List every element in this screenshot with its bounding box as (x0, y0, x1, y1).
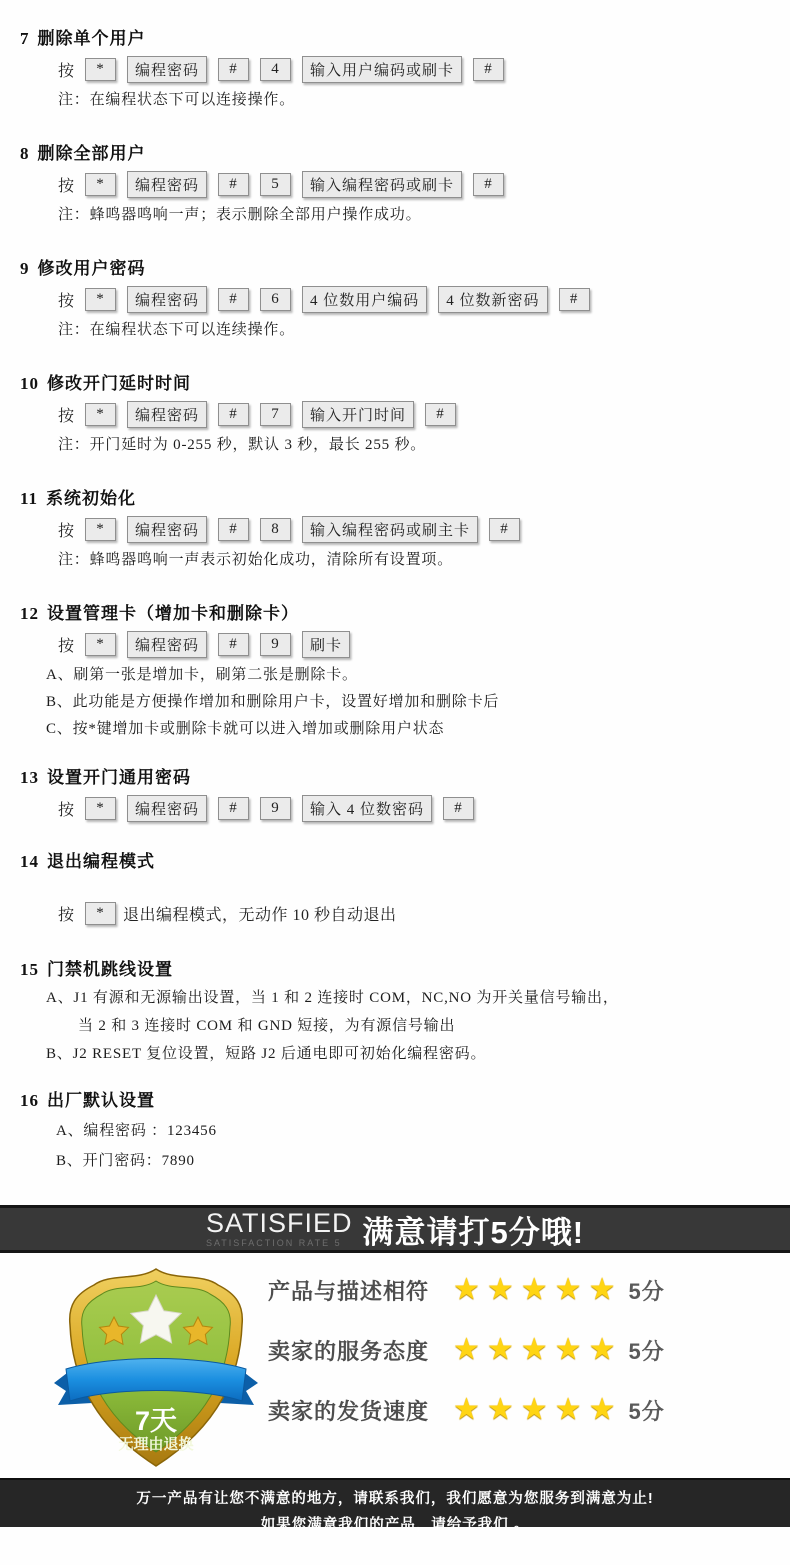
key-sequence: 按 * 编程密码 # 6 4 位数用户编码 4 位数新密码 # (58, 286, 790, 313)
section-number: 13 (20, 768, 39, 787)
press-label: 按 (58, 403, 74, 426)
section-heading: 12设置管理卡（增加卡和删除卡） (20, 599, 790, 624)
satisfied-title-zh: 满意请打5分哦! (362, 1207, 584, 1252)
note-text: B、开门密码：7890 (56, 1152, 790, 1171)
key-sequence: 按 * 编程密码 # 9 输入 4 位数密码 # (58, 795, 790, 822)
satisfied-banner-en: SATISFIED SATISFACTION RATE 5 (206, 1210, 353, 1248)
note-text: 注：蜂鸣器鸣响一声；表示删除全部用户操作成功。 (58, 206, 790, 225)
key-button: 编程密码 (127, 516, 207, 543)
key-button: * (85, 633, 116, 656)
section-heading: 10修改开门延时时间 (20, 369, 790, 394)
section-number: 8 (20, 144, 30, 163)
section-title: 删除全部用户 (38, 144, 146, 163)
key-button: # (218, 797, 249, 820)
badge-policy-text: 无理由退换 (118, 1435, 193, 1453)
key-button: 编程密码 (127, 171, 207, 198)
service-promise-footer: 万一产品有让您不满意的地方，请联系我们，我们愿意为您服务到满意为止! 如果您满意… (0, 1478, 790, 1527)
key-button: 8 (260, 518, 291, 541)
return-guarantee-badge: 7天 无理由退换 (52, 1265, 260, 1475)
key-button: 输入用户编码或刷卡 (302, 56, 462, 83)
key-button: 编程密码 (127, 631, 207, 658)
rating-label: 卖家的发货速度 (268, 1395, 443, 1426)
note-text: 注：在编程状态下可以连接操作。 (58, 91, 790, 110)
key-button: 编程密码 (127, 286, 207, 313)
rating-label: 产品与描述相符 (268, 1275, 443, 1306)
note-text: 注：蜂鸣器鸣响一声表示初始化成功，清除所有设置项。 (58, 551, 790, 570)
section-number: 10 (20, 374, 39, 393)
section-heading: 7删除单个用户 (20, 24, 790, 49)
section-number: 7 (20, 29, 30, 48)
key-button: 输入编程密码或刷卡 (302, 171, 462, 198)
section-set-common-password: 13设置开门通用密码 按 * 编程密码 # 9 输入 4 位数密码 # (0, 763, 790, 822)
key-button: 编程密码 (127, 795, 207, 822)
rating-score: 5分 (628, 1275, 664, 1306)
note-text: A、J1 有源和无源输出设置，当 1 和 2 连接时 COM，NC,NO 为开关… (46, 989, 790, 1008)
five-stars-icon: ★★★★★ (453, 1395, 622, 1425)
section-title: 退出编程模式 (47, 852, 155, 871)
rating-row: 产品与描述相符 ★★★★★ 5分 (268, 1273, 665, 1307)
key-button: # (218, 173, 249, 196)
product-instruction-page: 7删除单个用户 按 * 编程密码 # 4 输入用户编码或刷卡 # 注：在编程状态… (0, 0, 790, 1565)
key-button: 6 (260, 288, 291, 311)
key-sequence: 按 * 退出编程模式，无动作 10 秒自动退出 (58, 902, 790, 925)
section-delete-all-users: 8删除全部用户 按 * 编程密码 # 5 输入编程密码或刷卡 # 注：蜂鸣器鸣响… (0, 139, 790, 225)
key-button: 4 位数新密码 (438, 286, 547, 313)
section-number: 16 (20, 1091, 39, 1110)
section-title: 设置开门通用密码 (47, 768, 191, 787)
press-label: 按 (58, 633, 74, 656)
press-label: 按 (58, 58, 74, 81)
key-sequence: 按 * 编程密码 # 8 输入编程密码或刷主卡 # (58, 516, 790, 543)
section-jumper-settings: 15门禁机跳线设置 A、J1 有源和无源输出设置，当 1 和 2 连接时 COM… (0, 955, 790, 1064)
section-heading: 13设置开门通用密码 (20, 763, 790, 788)
section-set-manage-card: 12设置管理卡（增加卡和删除卡） 按 * 编程密码 # 9 刷卡 A、刷第一张是… (0, 599, 790, 739)
key-button: # (489, 518, 520, 541)
key-button: # (218, 633, 249, 656)
press-label: 按 (58, 518, 74, 541)
key-button: * (85, 797, 116, 820)
rating-row: 卖家的发货速度 ★★★★★ 5分 (268, 1393, 665, 1427)
key-button: # (218, 288, 249, 311)
key-button: # (473, 173, 504, 196)
key-button: # (218, 58, 249, 81)
section-system-init: 11系统初始化 按 * 编程密码 # 8 输入编程密码或刷主卡 # 注：蜂鸣器鸣… (0, 484, 790, 570)
note-text: 注：开门延时为 0-255 秒，默认 3 秒，最长 255 秒。 (58, 436, 790, 455)
rating-score: 5分 (628, 1335, 664, 1366)
key-button: 4 (260, 58, 291, 81)
key-button: 编程密码 (127, 401, 207, 428)
press-label: 按 (58, 288, 74, 311)
section-heading: 16出厂默认设置 (20, 1086, 790, 1111)
footer-line: 万一产品有让您不满意的地方，请联系我们，我们愿意为您服务到满意为止! (0, 1480, 790, 1508)
section-heading: 14退出编程模式 (20, 847, 790, 872)
footer-line: 如果您满意我们的产品，请给予我们 。 (0, 1508, 790, 1534)
key-button: 9 (260, 633, 291, 656)
key-button: # (218, 518, 249, 541)
satisfied-subtitle: SATISFACTION RATE 5 (206, 1239, 353, 1248)
section-number: 12 (20, 604, 39, 623)
satisfied-title: SATISFIED (206, 1210, 353, 1237)
key-button: # (443, 797, 474, 820)
rating-section: 7天 无理由退换 产品与描述相符 ★★★★★ 5分 卖家的服务态度 ★★★★★ … (0, 1253, 790, 1480)
key-button: 5 (260, 173, 291, 196)
section-title: 设置管理卡（增加卡和删除卡） (47, 604, 299, 623)
press-label: 按 (58, 902, 74, 925)
key-button: * (85, 173, 116, 196)
note-text: 当 2 和 3 连接时 COM 和 GND 短接，为有源信号输出 (78, 1017, 790, 1036)
key-button: 输入 4 位数密码 (302, 795, 432, 822)
rating-score: 5分 (628, 1395, 664, 1426)
key-button: 输入开门时间 (302, 401, 414, 428)
section-number: 15 (20, 960, 39, 979)
key-sequence: 按 * 编程密码 # 7 输入开门时间 # (58, 401, 790, 428)
press-label: 按 (58, 173, 74, 196)
note-text: B、J2 RESET 复位设置，短路 J2 后通电即可初始化编程密码。 (46, 1045, 790, 1064)
key-sequence: 按 * 编程密码 # 4 输入用户编码或刷卡 # (58, 56, 790, 83)
five-stars-icon: ★★★★★ (453, 1275, 622, 1305)
note-text: A、编程密码 ：123456 (56, 1122, 790, 1141)
key-button: 4 位数用户编码 (302, 286, 427, 313)
key-button: # (218, 403, 249, 426)
section-number: 9 (20, 259, 30, 278)
key-button: * (85, 518, 116, 541)
section-change-open-delay: 10修改开门延时时间 按 * 编程密码 # 7 输入开门时间 # 注：开门延时为… (0, 369, 790, 455)
five-stars-icon: ★★★★★ (453, 1335, 622, 1365)
section-exit-programming: 14退出编程模式 按 * 退出编程模式，无动作 10 秒自动退出 (0, 847, 790, 925)
satisfied-banner: SATISFIED SATISFACTION RATE 5 满意请打5分哦! (0, 1205, 790, 1253)
note-text: A、刷第一张是增加卡，刷第二张是删除卡。 (46, 666, 790, 685)
key-button: 7 (260, 403, 291, 426)
section-heading: 8删除全部用户 (20, 139, 790, 164)
section-title: 门禁机跳线设置 (47, 960, 173, 979)
badge-days-text: 7天 (135, 1406, 177, 1436)
section-heading: 15门禁机跳线设置 (20, 955, 790, 980)
rating-label: 卖家的服务态度 (268, 1335, 443, 1366)
section-title: 修改用户密码 (38, 259, 146, 278)
key-button: # (559, 288, 590, 311)
key-button: 刷卡 (302, 631, 350, 658)
key-sequence: 按 * 编程密码 # 5 输入编程密码或刷卡 # (58, 171, 790, 198)
section-title: 出厂默认设置 (47, 1091, 155, 1110)
section-title: 系统初始化 (46, 489, 136, 508)
section-change-user-password: 9修改用户密码 按 * 编程密码 # 6 4 位数用户编码 4 位数新密码 # … (0, 254, 790, 340)
key-button: 输入编程密码或刷主卡 (302, 516, 478, 543)
note-text: B、此功能是方便操作增加和删除用户卡，设置好增加和删除卡后 (46, 693, 790, 712)
section-heading: 9修改用户密码 (20, 254, 790, 279)
key-sequence: 按 * 编程密码 # 9 刷卡 (58, 631, 790, 658)
section-title: 修改开门延时时间 (47, 374, 191, 393)
key-button: * (85, 902, 116, 925)
key-button: # (473, 58, 504, 81)
key-sequence-suffix: 退出编程模式，无动作 10 秒自动退出 (123, 902, 397, 925)
rating-rows: 产品与描述相符 ★★★★★ 5分 卖家的服务态度 ★★★★★ 5分 卖家的发货速… (268, 1273, 665, 1427)
section-heading: 11系统初始化 (20, 484, 790, 509)
key-button: * (85, 58, 116, 81)
shield-badge-icon: 7天 无理由退换 (52, 1265, 260, 1470)
note-text: C、按*键增加卡或删除卡就可以进入增加或删除用户状态 (46, 720, 790, 739)
instruction-list: 7删除单个用户 按 * 编程密码 # 4 输入用户编码或刷卡 # 注：在编程状态… (0, 0, 790, 1236)
section-number: 14 (20, 852, 39, 871)
key-button: * (85, 288, 116, 311)
section-delete-single-user: 7删除单个用户 按 * 编程密码 # 4 输入用户编码或刷卡 # 注：在编程状态… (0, 24, 790, 110)
rating-row: 卖家的服务态度 ★★★★★ 5分 (268, 1333, 665, 1367)
key-button: # (425, 403, 456, 426)
note-text: 注：在编程状态下可以连续操作。 (58, 321, 790, 340)
section-title: 删除单个用户 (38, 29, 146, 48)
key-button: * (85, 403, 116, 426)
section-number: 11 (20, 489, 38, 508)
section-factory-defaults: 16出厂默认设置 A、编程密码 ：123456 B、开门密码：7890 (0, 1086, 790, 1171)
key-button: 9 (260, 797, 291, 820)
key-button: 编程密码 (127, 56, 207, 83)
press-label: 按 (58, 797, 74, 820)
